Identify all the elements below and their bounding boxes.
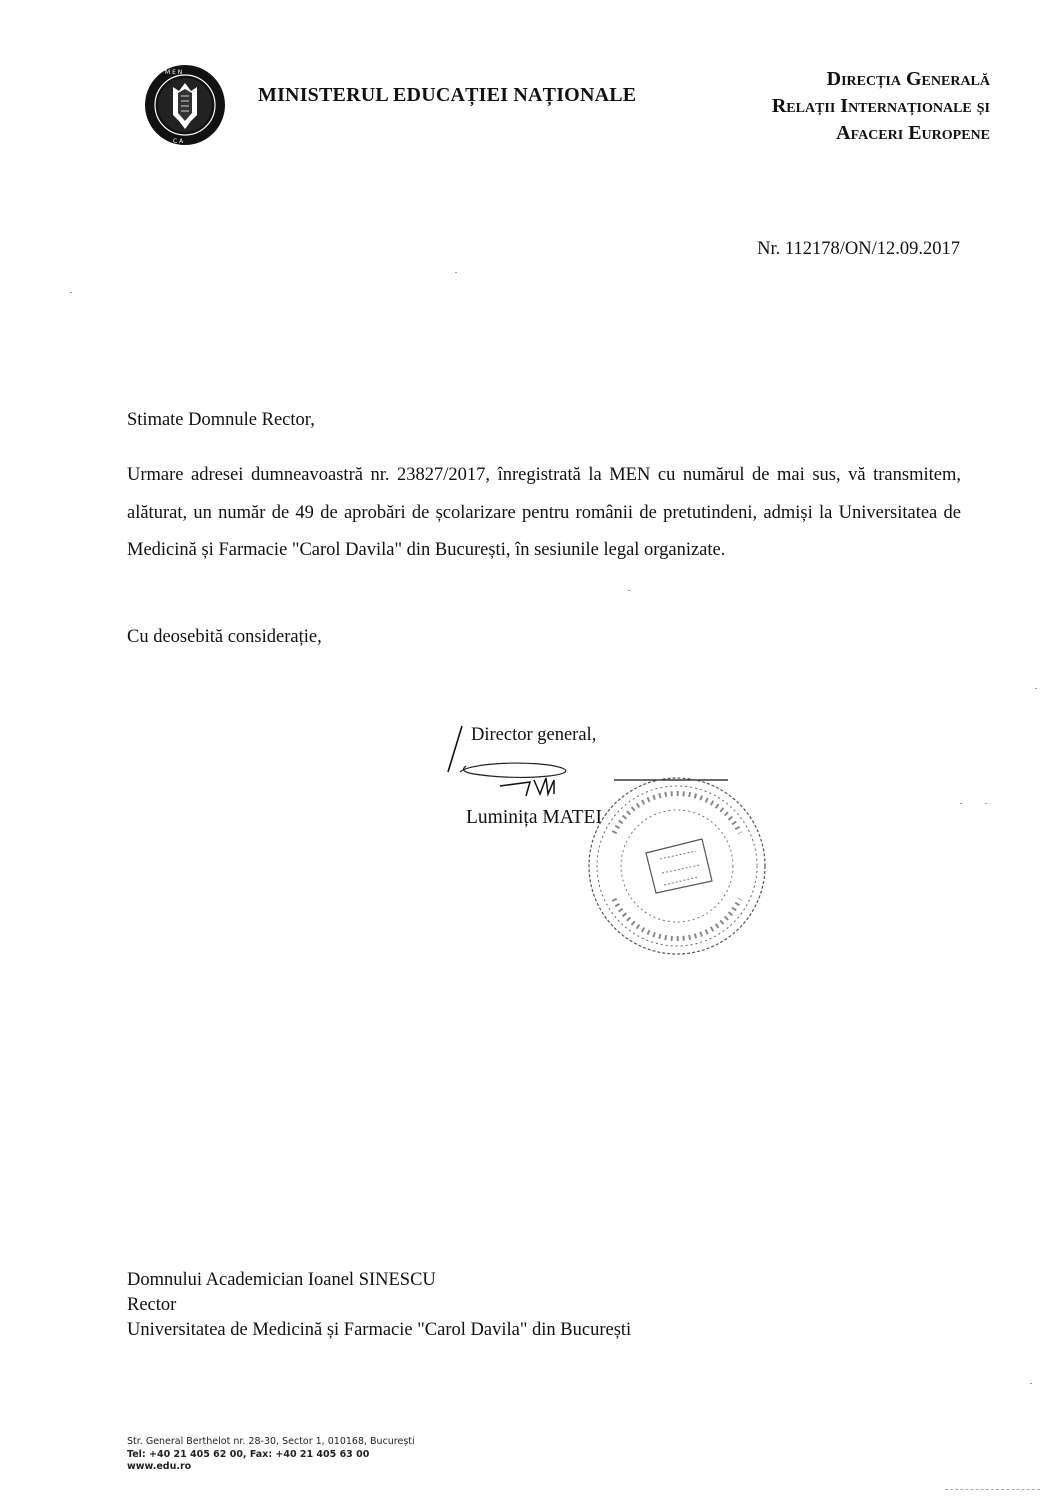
registration-number: Nr. 112178/ON/12.09.2017: [757, 239, 960, 260]
scan-speck: [1035, 688, 1037, 689]
footer-address: Str. General Berthelot nr. 28-30, Sector…: [127, 1436, 415, 1449]
ministry-title: MINISTERUL EDUCAȚIEI NAȚIONALE: [258, 84, 636, 107]
directorate-line-3: Afaceri Europene: [772, 120, 990, 147]
scan-speck: [628, 590, 630, 591]
footer-website[interactable]: www.edu.ro: [127, 1461, 415, 1474]
footer-phone-fax: Tel: +40 21 405 62 00, Fax: +40 21 405 6…: [127, 1449, 415, 1462]
scan-speck: [960, 803, 962, 804]
recipient-name: Domnului Academician Ioanel SINESCU: [127, 1268, 631, 1293]
recipient-address: Domnului Academician Ioanel SINESCU Rect…: [127, 1268, 631, 1343]
signatory-name: Luminița MATEI: [466, 807, 602, 829]
footer-contact: Str. General Berthelot nr. 28-30, Sector…: [127, 1436, 415, 1474]
signatory-title: Director general,: [471, 725, 596, 746]
directorate-title: Direcția Generală Relații Internaționale…: [772, 66, 990, 147]
closing: Cu deosebită considerație,: [127, 627, 322, 648]
svg-text:M E N: M E N: [165, 69, 182, 76]
scan-speck: [455, 272, 457, 273]
salutation: Stimate Domnule Rector,: [127, 410, 315, 431]
scan-speck: [1030, 1383, 1032, 1384]
recipient-role: Rector: [127, 1293, 631, 1318]
svg-text:C A: C A: [173, 138, 184, 145]
directorate-line-1: Direcția Generală: [772, 66, 990, 93]
letter-body: Urmare adresei dumneavoastră nr. 23827/2…: [127, 457, 961, 570]
scan-speck: [70, 292, 72, 293]
official-stamp-icon: [584, 773, 770, 959]
recipient-institution: Universitatea de Medicină și Farmacie "C…: [127, 1318, 631, 1343]
coat-of-arms-emblem-icon: M E N C A: [143, 63, 227, 147]
scan-edge-line: [945, 1489, 1040, 1491]
scan-speck: [985, 803, 987, 804]
directorate-line-2: Relații Internaționale și: [772, 93, 990, 120]
